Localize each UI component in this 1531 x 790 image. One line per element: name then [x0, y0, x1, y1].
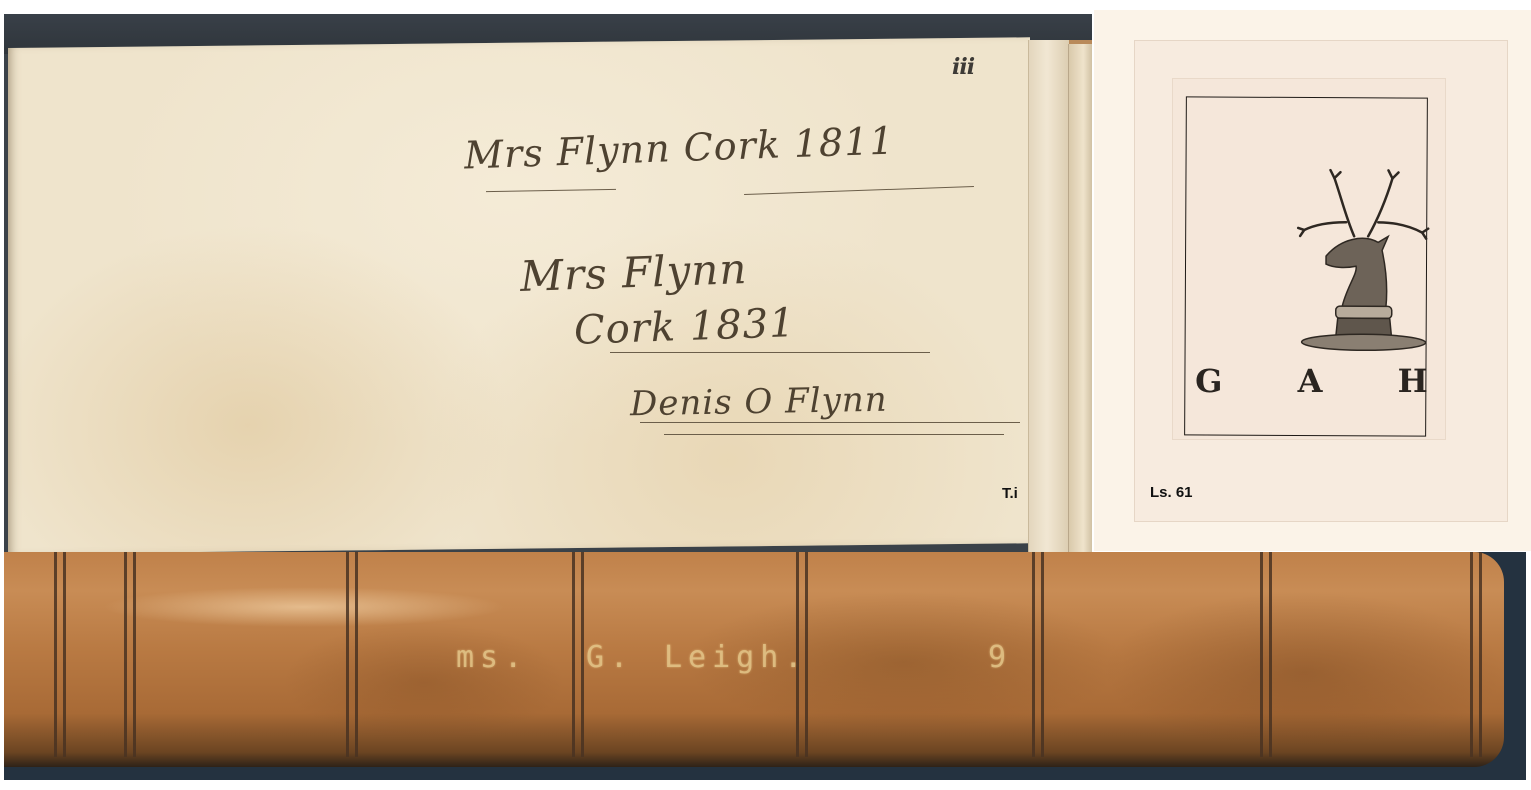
inscription-4: Denis O Flynn: [630, 380, 888, 424]
spine-photo: ms. G. Leigh. 9: [4, 552, 1526, 780]
bookplate-photo: G A H Ls. 61: [1094, 10, 1531, 551]
inscription-3: Cork 1831: [573, 300, 796, 354]
page-edge: [1028, 40, 1069, 552]
spine-title-part: Leigh.: [664, 640, 808, 675]
spine-title-part: G.: [586, 640, 634, 675]
bookplate-initials: G A H: [1094, 362, 1531, 400]
flyleaf-photo: iii Mrs Flynn Cork 1811 Mrs Flynn Cork 1…: [4, 14, 1092, 552]
spine-title-part: ms.: [456, 640, 528, 675]
page-edge-inner: [1068, 44, 1092, 552]
spine-band: [124, 552, 136, 757]
spine-title-part: 9: [988, 640, 1012, 675]
spine-band: [1470, 552, 1482, 757]
folio-mark: iii: [952, 54, 974, 80]
panel-label-flyleaf: T.i: [1002, 485, 1018, 502]
spine-band: [1032, 552, 1044, 757]
stag-crest-icon: [1245, 138, 1486, 379]
spine-band: [54, 552, 66, 757]
separator-rule: [610, 352, 930, 353]
spine-band: [572, 552, 584, 757]
spine-band: [346, 552, 358, 757]
spine-band: [1260, 552, 1272, 757]
flyleaf-page: [8, 37, 1030, 552]
inscription-2: Mrs Flynn: [519, 244, 748, 301]
underline-4b: [664, 434, 1004, 435]
panel-label-bookplate: Ls. 61: [1150, 484, 1193, 501]
underline-4a: [640, 422, 1020, 423]
